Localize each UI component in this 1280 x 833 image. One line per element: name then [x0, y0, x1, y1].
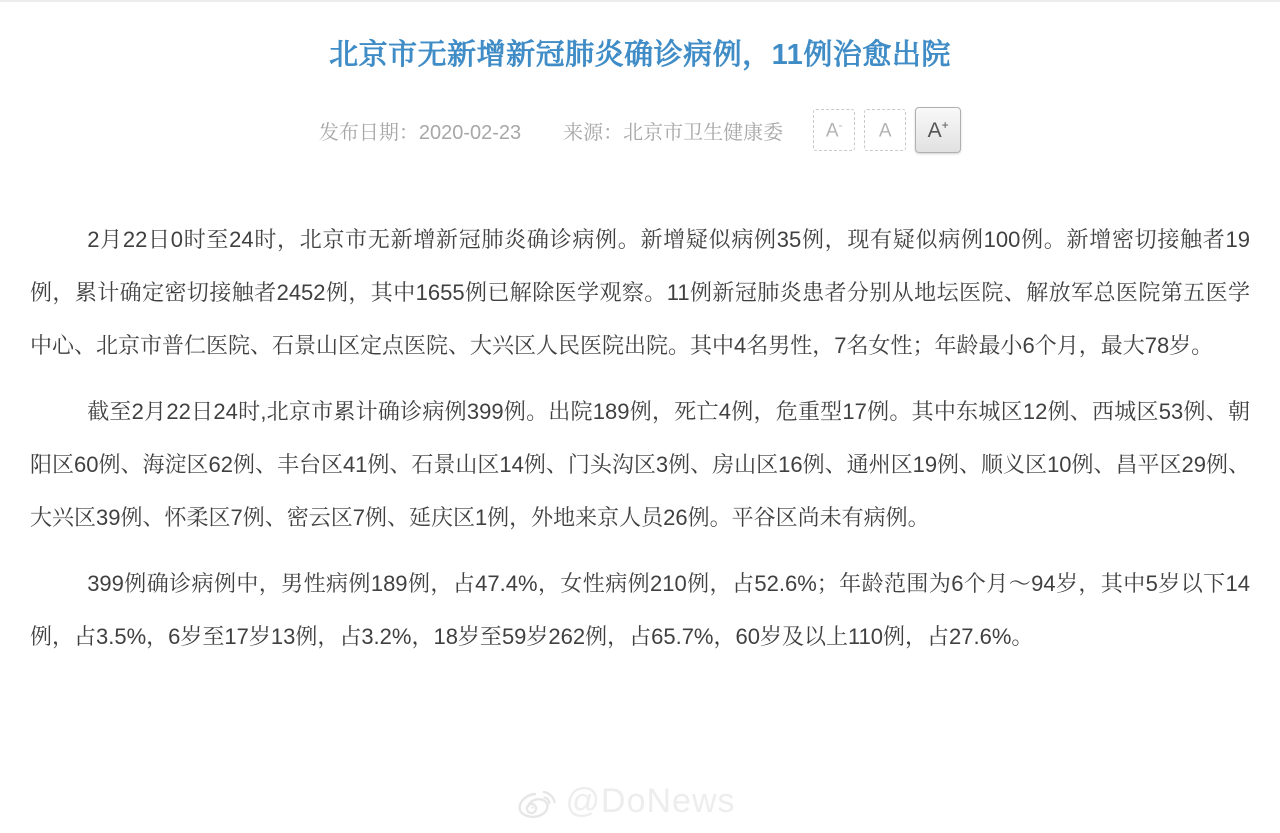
meta-row: 发布日期：2020-02-23 来源：北京市卫生健康委 A- A A+ [0, 107, 1280, 153]
font-decrease-letter: A [826, 121, 839, 142]
font-normal-letter: A [879, 121, 892, 142]
font-decrease-button[interactable]: A- [813, 109, 855, 151]
paragraph-3: 399例确诊病例中，男性病例189例，占47.4%，女性病例210例，占52.6… [30, 557, 1250, 663]
publish-date-label: 发布日期： [319, 122, 419, 144]
font-size-controls: A- A A+ [813, 107, 961, 153]
watermark-handle: @DoNews [566, 782, 736, 821]
publish-date-value: 2020-02-23 [419, 122, 521, 144]
plus-icon: + [942, 118, 949, 132]
publish-date: 发布日期：2020-02-23 [319, 116, 521, 145]
source: 来源：北京市卫生健康委 [563, 116, 783, 145]
font-normal-button[interactable]: A [864, 109, 906, 151]
source-label: 来源： [563, 122, 623, 144]
font-increase-button[interactable]: A+ [915, 107, 961, 153]
paragraph-1: 2月22日0时至24时，北京市无新增新冠肺炎确诊病例。新增疑似病例35例，现有疑… [30, 213, 1250, 372]
minus-icon: - [839, 118, 843, 132]
font-increase-letter: A [928, 119, 942, 142]
paragraph-2: 截至2月22日24时,北京市累计确诊病例399例。出院189例，死亡4例，危重型… [30, 385, 1250, 544]
weibo-icon [515, 783, 559, 821]
page-title: 北京市无新增新冠肺炎确诊病例，11例治愈出院 [40, 32, 1240, 73]
announcement-page: 北京市无新增新冠肺炎确诊病例，11例治愈出院 发布日期：2020-02-23 来… [0, 0, 1280, 833]
source-value: 北京市卫生健康委 [623, 122, 783, 144]
watermark: @DoNews [0, 782, 1250, 821]
article-body: 2月22日0时至24时，北京市无新增新冠肺炎确诊病例。新增疑似病例35例，现有疑… [0, 213, 1280, 663]
